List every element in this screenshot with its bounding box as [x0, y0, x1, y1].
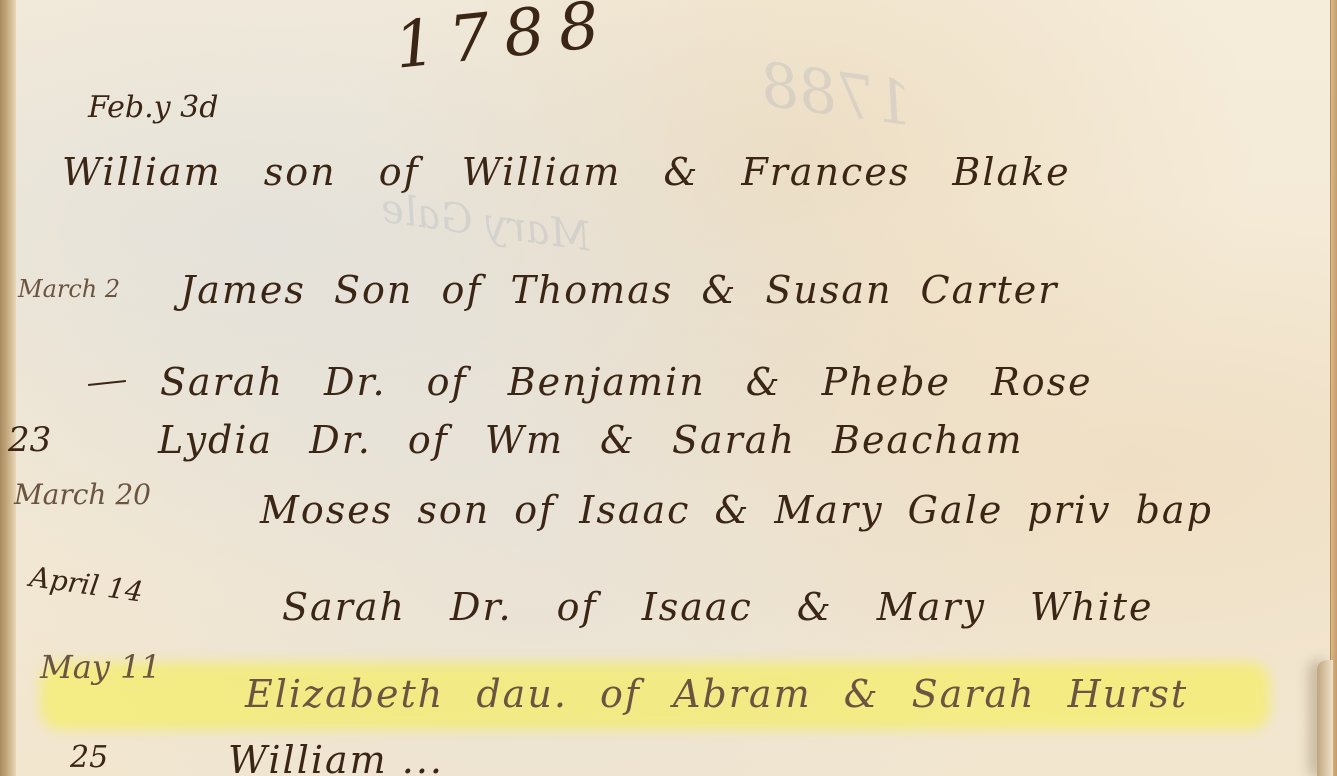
entry-text: Sarah Dr. of Isaac & Mary White: [282, 585, 1154, 629]
entry-date: May 11: [40, 648, 161, 686]
bleed-through-text: Mary Gale: [378, 186, 594, 261]
entry-date: March 20: [14, 478, 151, 511]
ditto-mark: [88, 380, 126, 386]
entry-text: Lydia Dr. of Wm & Sarah Beacham: [158, 418, 1024, 462]
register-year: 1788: [391, 0, 616, 84]
entry-text: Sarah Dr. of Benjamin & Phebe Rose: [160, 360, 1093, 404]
entry-text: William ...: [228, 738, 444, 776]
entry-text: Moses son of Isaac & Mary Gale priv bap: [260, 488, 1213, 532]
entry-date: Feb.y 3d: [88, 90, 218, 125]
entry-date: April 14: [28, 560, 145, 609]
page-tab: [1317, 660, 1333, 776]
entry-text: James Son of Thomas & Susan Carter: [180, 268, 1058, 312]
page-binding: [0, 0, 16, 776]
entry-date: March 2: [18, 275, 120, 303]
entry-date: 25: [70, 740, 108, 775]
register-page: Mary Gale 1788 1788 Feb.y 3d William son…: [0, 0, 1337, 776]
entry-text-highlighted: Elizabeth dau. of Abram & Sarah Hurst: [245, 672, 1188, 716]
entry-text: William son of William & Frances Blake: [62, 150, 1071, 194]
bleed-through-text: 1788: [756, 50, 917, 141]
entry-date: 23: [8, 420, 51, 460]
